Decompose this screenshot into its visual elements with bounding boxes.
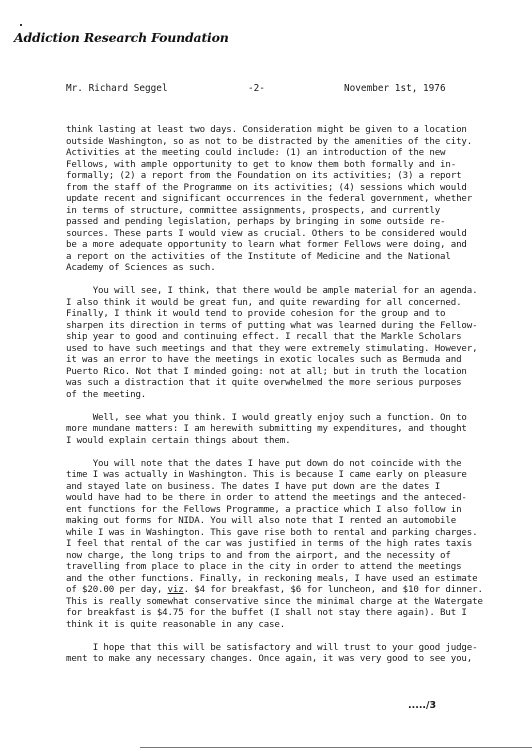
letter-header: Mr. Richard Seggel -2- November 1st, 197… [66,82,486,96]
paragraph: You will note that the dates I have put … [66,459,486,632]
letter-body: think lasting at least two days. Conside… [66,125,486,677]
continuation-marker: ...../3 [408,700,436,711]
page-number: -2- [248,82,265,96]
paragraph: You will see, I think, that there would … [66,286,486,401]
letter-date: November 1st, 1976 [344,82,446,96]
paragraph: Well, see what you think. I would greatl… [66,413,486,448]
underlined-term: viz [168,585,184,595]
letterhead: Addiction Research Foundation [14,30,229,45]
ink-speck [20,24,22,26]
recipient-name: Mr. Richard Seggel [66,82,168,96]
paragraph: think lasting at least two days. Conside… [66,125,486,275]
paragraph: I hope that this will be satisfactory an… [66,643,486,666]
page-bottom-edge [140,747,532,748]
